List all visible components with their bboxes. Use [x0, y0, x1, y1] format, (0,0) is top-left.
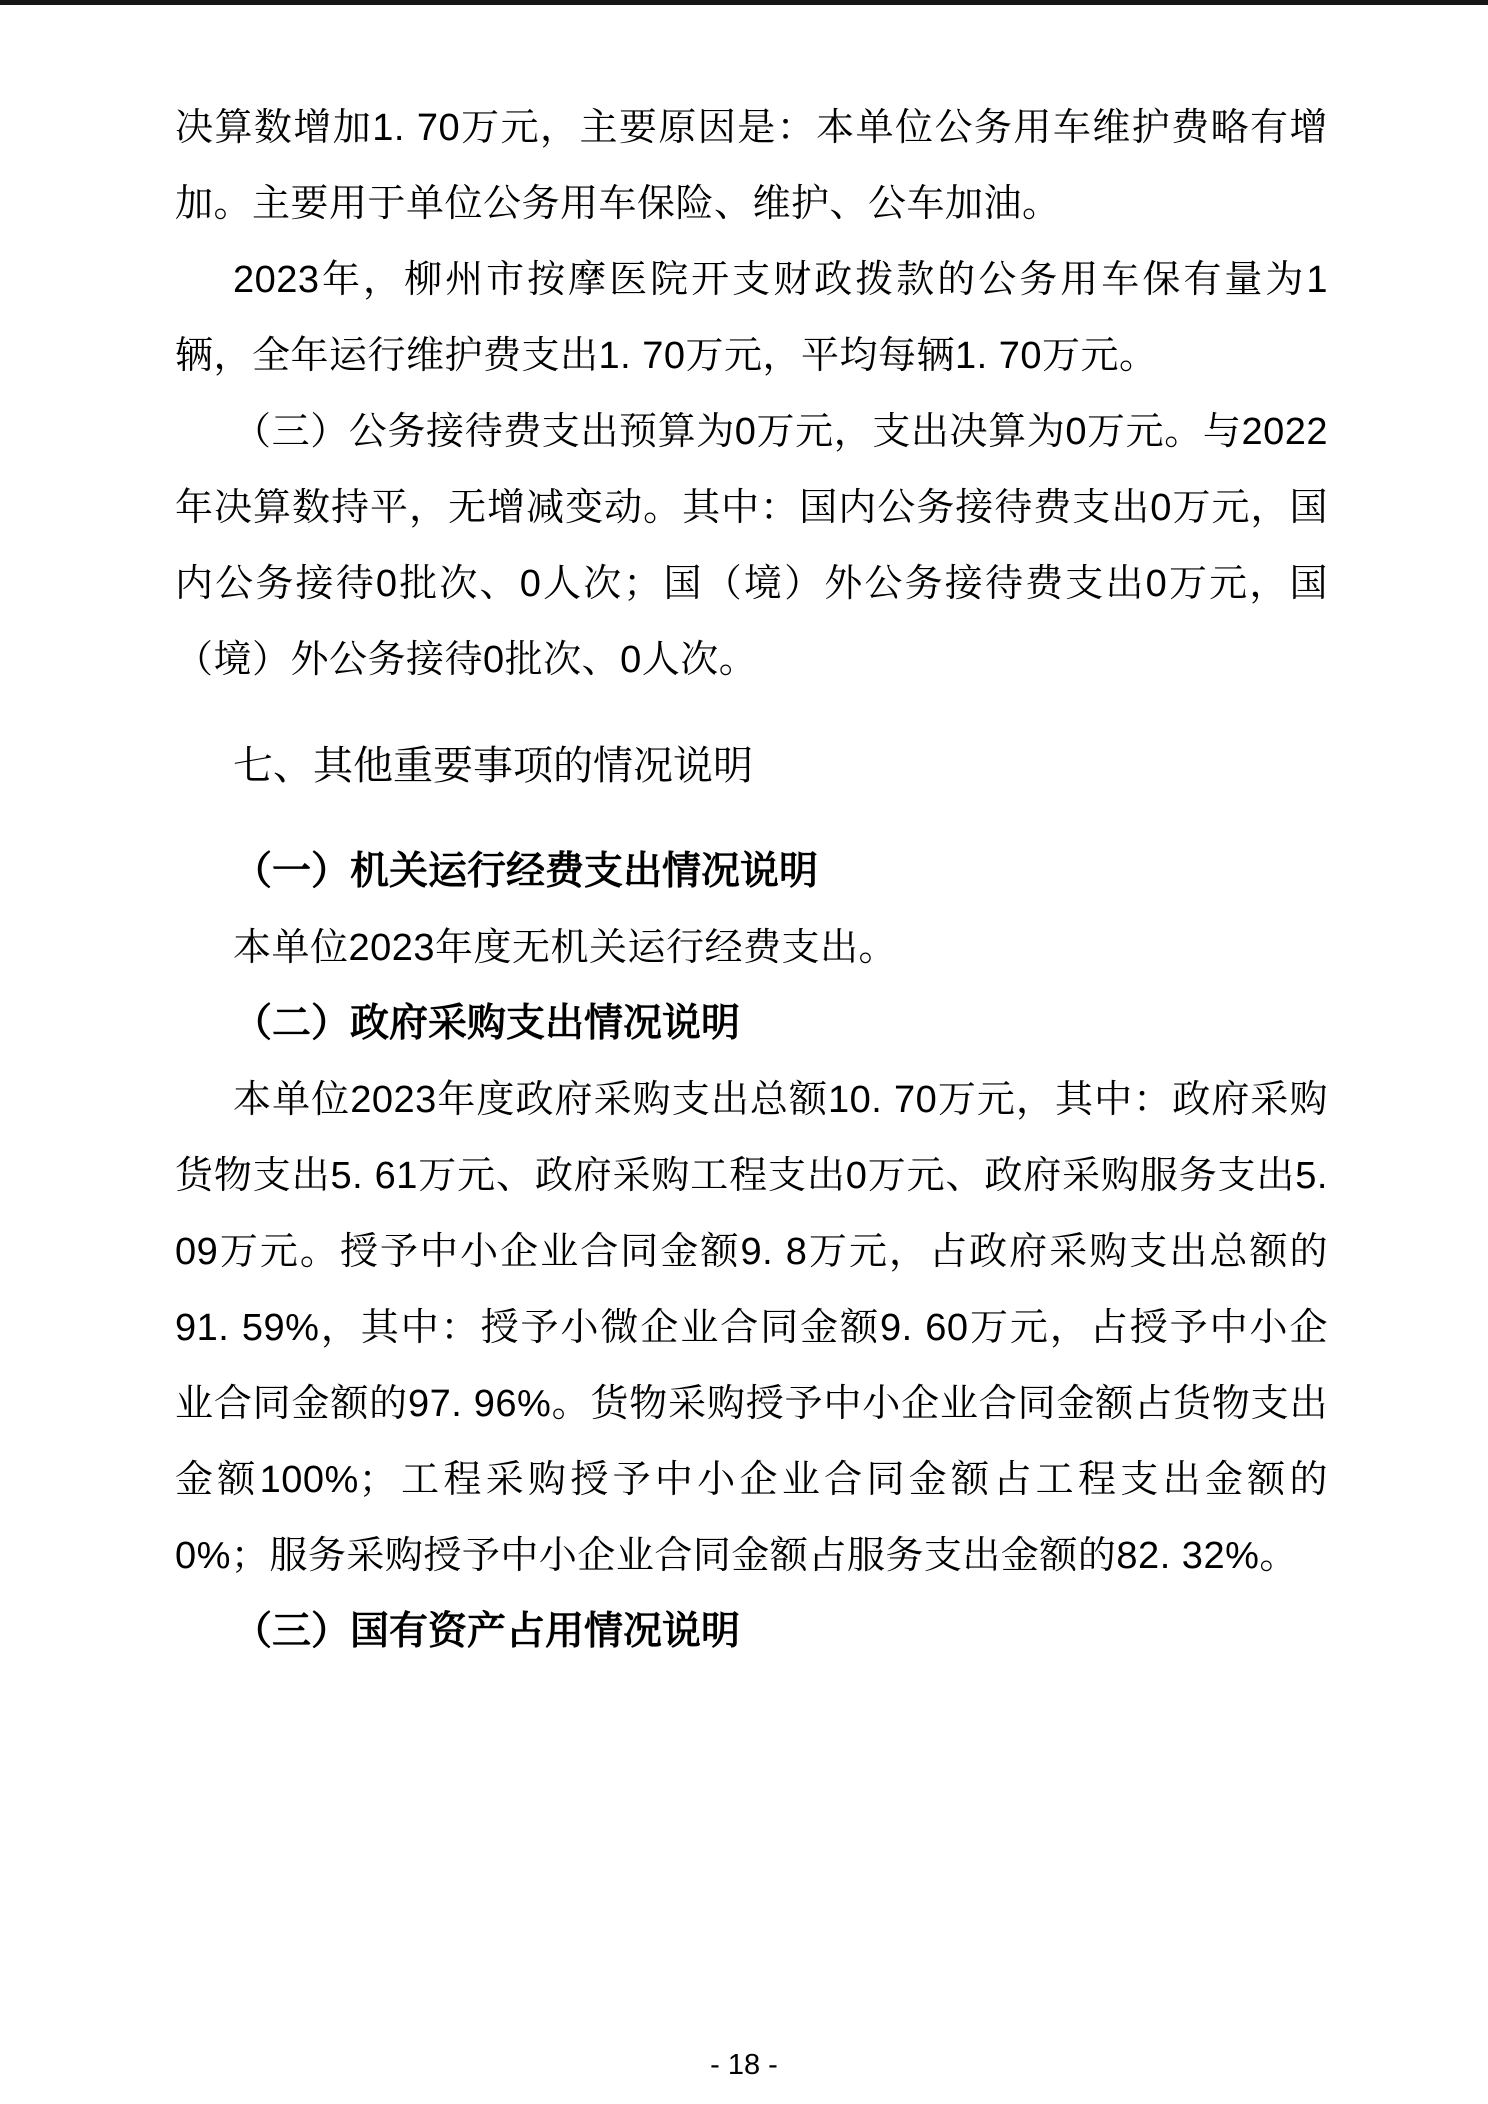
- subheading-state-assets: （三）国有资产占用情况说明: [175, 1594, 1328, 1670]
- page-footer: - 18 -: [0, 2048, 1488, 2082]
- section-heading-other-important-items: 七、其他重要事项的情况说明: [175, 728, 1328, 804]
- page-number: - 18 -: [710, 2049, 778, 2081]
- document-body: 决算数增加1. 70万元，主要原因是：本单位公务用车维护费略有增加。主要用于单位…: [0, 0, 1488, 1670]
- paragraph-vehicle-fleet-2023: 2023年，柳州市按摩医院开支财政拨款的公务用车保有量为1辆，全年运行维护费支出…: [175, 242, 1328, 394]
- paragraph-vehicle-maintenance-continuation: 决算数增加1. 70万元，主要原因是：本单位公务用车维护费略有增加。主要用于单位…: [175, 90, 1328, 242]
- subheading-operating-expenses: （一）机关运行经费支出情况说明: [175, 834, 1328, 910]
- subheading-gov-procurement: （二）政府采购支出情况说明: [175, 986, 1328, 1062]
- document-page: 决算数增加1. 70万元，主要原因是：本单位公务用车维护费略有增加。主要用于单位…: [0, 0, 1488, 2104]
- paragraph-gov-procurement: 本单位2023年度政府采购支出总额10. 70万元，其中：政府采购货物支出5. …: [175, 1062, 1328, 1594]
- paragraph-operating-expenses: 本单位2023年度无机关运行经费支出。: [175, 910, 1328, 986]
- paragraph-official-reception: （三）公务接待费支出预算为0万元，支出决算为0万元。与2022年决算数持平，无增…: [175, 394, 1328, 698]
